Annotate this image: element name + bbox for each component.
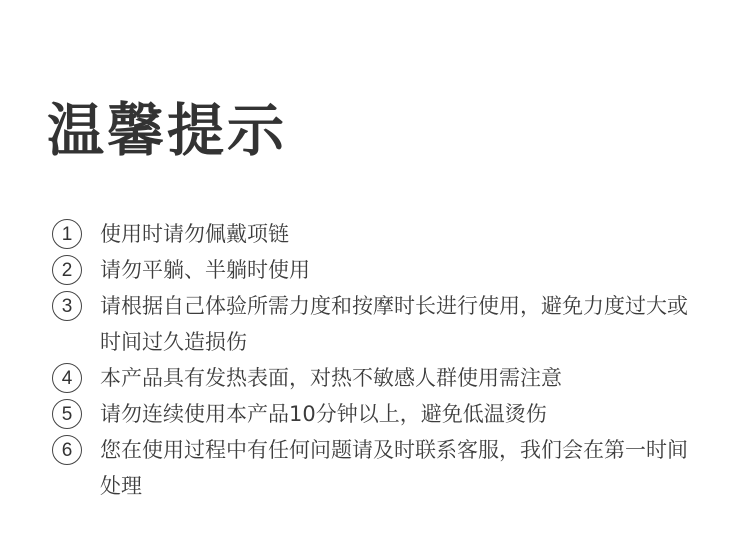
tip-text: 请勿连续使用本产品10分钟以上，避免低温烫伤 [100, 396, 702, 432]
tip-item: 3 请根据自己体验所需力度和按摩时长进行使用，避免力度过大或时间过久造损伤 [52, 288, 702, 360]
tip-text: 本产品具有发热表面，对热不敏感人群使用需注意 [100, 360, 702, 396]
tip-item: 4 本产品具有发热表面，对热不敏感人群使用需注意 [52, 360, 702, 396]
tip-text: 请根据自己体验所需力度和按摩时长进行使用，避免力度过大或时间过久造损伤 [100, 288, 702, 360]
tip-item: 2 请勿平躺、半躺时使用 [52, 252, 702, 288]
page-title: 温馨提示 [47, 98, 287, 164]
circled-number-badge: 4 [52, 363, 82, 393]
circled-number-badge: 2 [52, 255, 82, 285]
circled-number-badge: 1 [52, 219, 82, 249]
circled-number-badge: 3 [52, 291, 82, 321]
circled-number-badge: 5 [52, 399, 82, 429]
tip-item: 6 您在使用过程中有任何问题请及时联系客服，我们会在第一时间处理 [52, 432, 702, 504]
tip-text: 您在使用过程中有任何问题请及时联系客服，我们会在第一时间处理 [100, 432, 702, 504]
tip-text: 使用时请勿佩戴项链 [100, 216, 702, 252]
tips-list: 1 使用时请勿佩戴项链 2 请勿平躺、半躺时使用 3 请根据自己体验所需力度和按… [52, 216, 702, 504]
tip-item: 1 使用时请勿佩戴项链 [52, 216, 702, 252]
circled-number-badge: 6 [52, 435, 82, 465]
tip-text: 请勿平躺、半躺时使用 [100, 252, 702, 288]
tip-item: 5 请勿连续使用本产品10分钟以上，避免低温烫伤 [52, 396, 702, 432]
